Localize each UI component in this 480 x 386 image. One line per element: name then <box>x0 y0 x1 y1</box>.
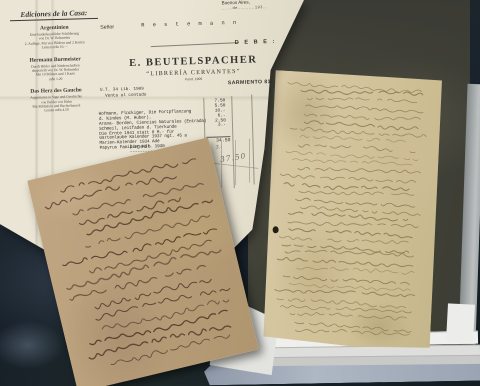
book-ad: Das Herz des Gaucho Argentinien in Sage … <box>12 87 101 114</box>
street-address: SARMIENTO 813 <box>228 79 274 86</box>
salutation: Señor <box>100 24 114 30</box>
invoice-items: Hofmann, Flückiger, Die Fortpflanzung7.5… <box>98 98 231 141</box>
book-ad: Argentinien Eine landeskundliche Schilde… <box>10 24 99 51</box>
payment-terms: Venta al contado <box>105 93 146 99</box>
item-price <box>205 133 226 134</box>
white-paper-edge <box>446 303 475 342</box>
date-blank-line: .......de...........193... <box>222 5 268 10</box>
book-ad: Hermann Burmeister Durch Bilder und Nied… <box>11 55 100 82</box>
item-price <box>205 128 226 129</box>
debit-label: D E B E : <box>235 39 277 46</box>
customer-name: R e s t e m a n n <box>141 20 239 29</box>
photo-of-documents: Ediciones de la Casa: Argentinien Eine l… <box>0 0 480 386</box>
city-line: Buenos Aires, <box>222 0 250 5</box>
publisher-heading: Ediciones de la Casa: <box>10 8 98 21</box>
publisher-column: Ediciones de la Casa: Argentinien Eine l… <box>10 8 101 121</box>
header-rule <box>151 42 239 47</box>
